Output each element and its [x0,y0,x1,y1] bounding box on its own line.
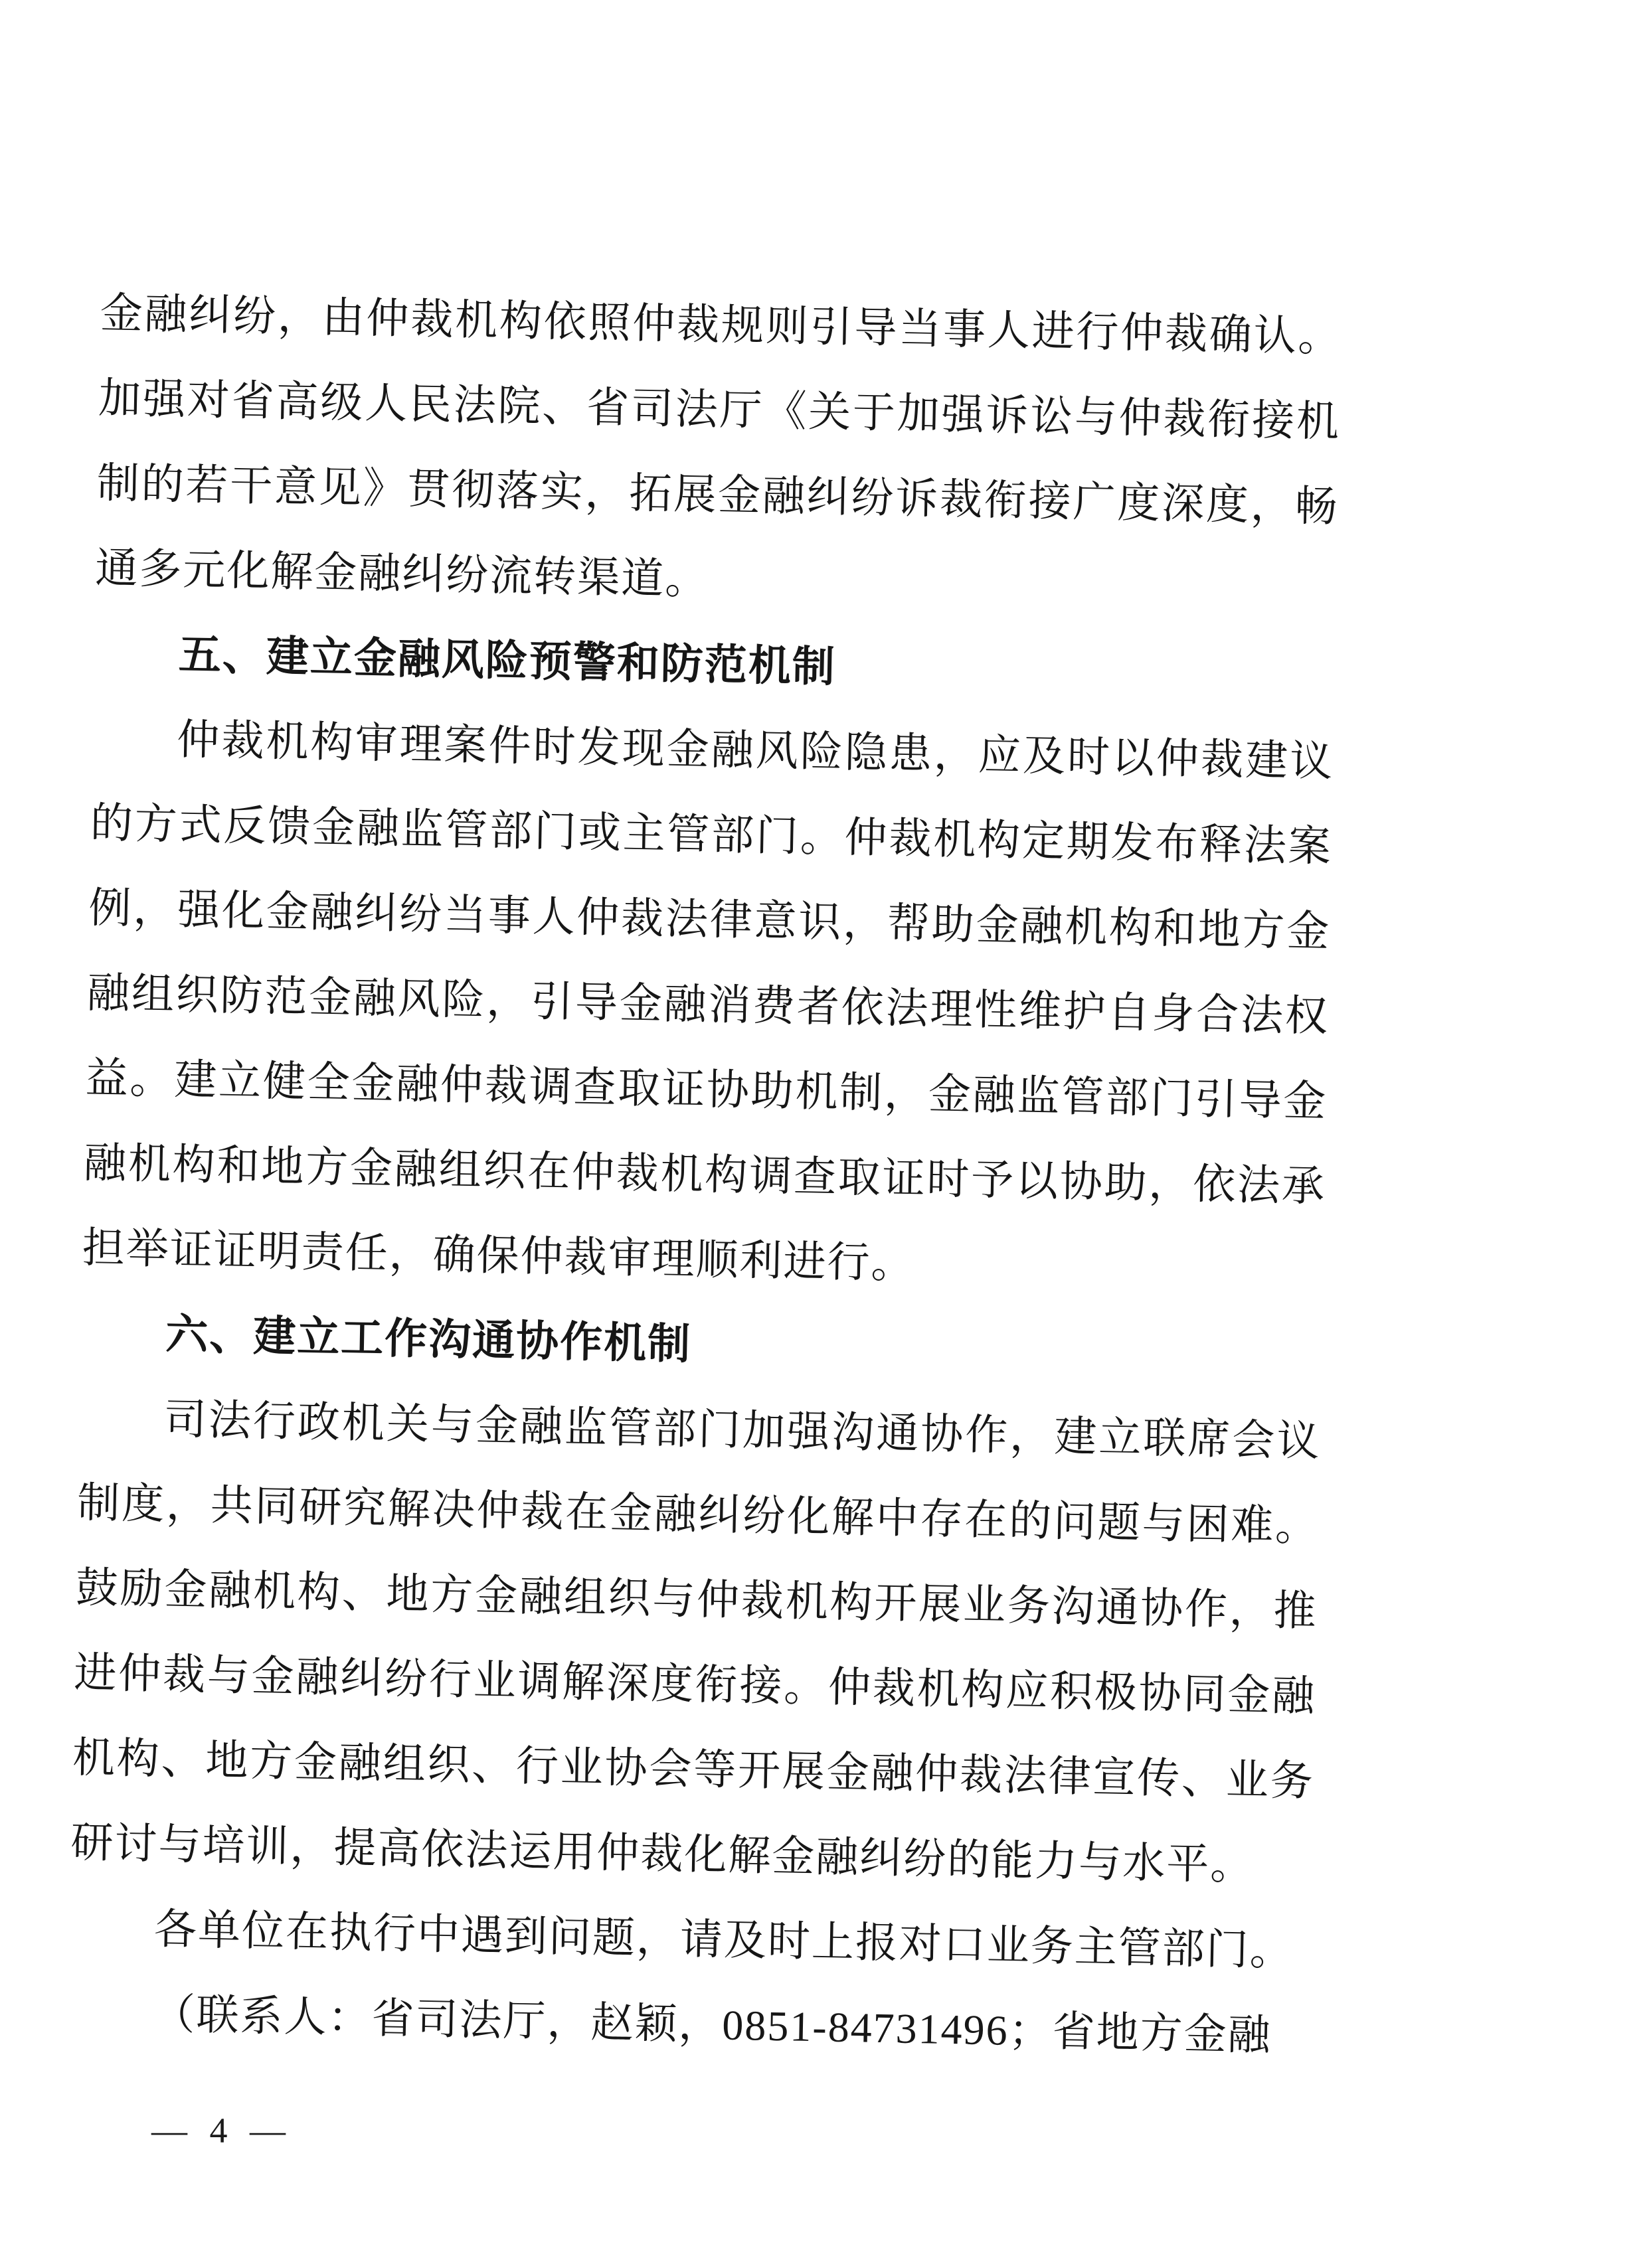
scanned-document-page: 金融纠纷，由仲裁机构依照仲裁规则引导当事人进行仲裁确认。加强对省高级人民法院、省… [0,0,1649,2268]
paragraph: 司法行政机关与金融监管部门加强沟通协作，建立联席会议制度，共同研究解决仲裁在金融… [70,1376,1321,1909]
paragraph: 仲裁机构审理案件时发现金融风险隐患，应及时以仲裁建议的方式反馈金融监管部门或主管… [82,696,1335,1315]
paragraph-continued: 金融纠纷，由仲裁机构依照仲裁规则引导当事人进行仲裁确认。加强对省高级人民法院、省… [94,271,1342,635]
document-body: 金融纠纷，由仲裁机构依照仲裁规则引导当事人进行仲裁确认。加强对省高级人民法院、省… [66,271,1342,2079]
page-number: — 4 — [151,2110,292,2151]
